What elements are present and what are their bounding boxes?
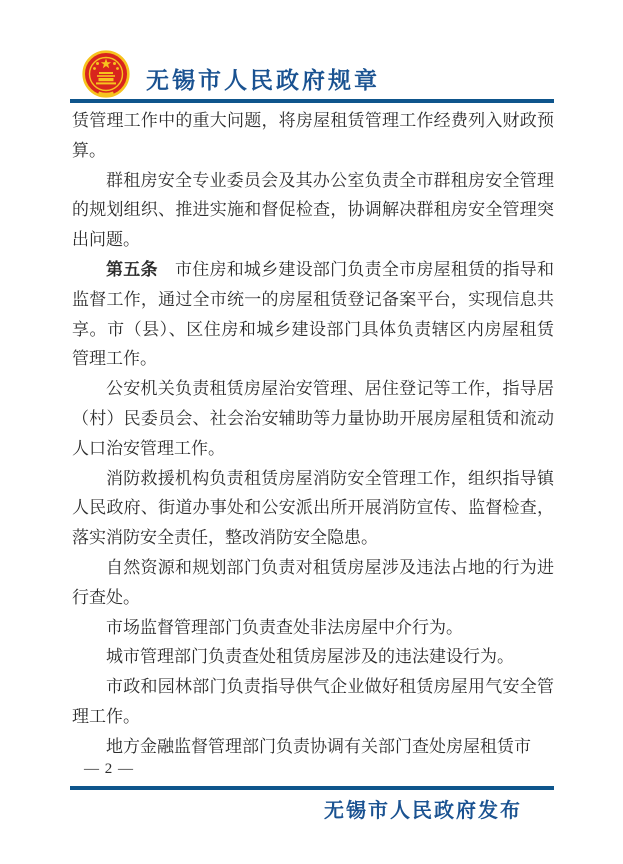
header-title: 无锡市人民政府规章 <box>146 62 380 95</box>
national-emblem-icon <box>82 50 130 100</box>
document-page: 无锡市人民政府规章 赁管理工作中的重大问题，将房屋租赁管理工作经费列入财政预算。… <box>0 0 623 864</box>
paragraph: 消防救援机构负责租赁房屋消防安全管理工作，组织指导镇人民政府、街道办事处和公安派… <box>72 464 554 553</box>
document-body: 赁管理工作中的重大问题，将房屋租赁管理工作经费列入财政预算。 群租房安全专业委员… <box>72 106 554 762</box>
header-divider <box>70 99 554 103</box>
publisher-label: 无锡市人民政府发布 <box>70 794 522 823</box>
paragraph: 自然资源和规划部门负责对租赁房屋涉及违法占地的行为进行查处。 <box>72 553 554 613</box>
paragraph-continuation: 赁管理工作中的重大问题，将房屋租赁管理工作经费列入财政预算。 <box>72 106 554 166</box>
footer-divider <box>70 786 554 790</box>
article-number-label: 第五条 <box>106 260 158 279</box>
paragraph: 市场监督管理部门负责查处非法房屋中介行为。 <box>72 613 554 643</box>
paragraph-article-5: 第五条 市住房和城乡建设部门负责全市房屋租赁的指导和监督工作，通过全市统一的房屋… <box>72 255 554 374</box>
paragraph: 群租房安全专业委员会及其办公室负责全市群租房安全管理的规划组织、推进实施和督促检… <box>72 166 554 255</box>
page-number: — 2 — <box>84 761 134 778</box>
paragraph: 城市管理部门负责查处租赁房屋涉及的违法建设行为。 <box>72 642 554 672</box>
document-header: 无锡市人民政府规章 <box>70 50 554 100</box>
paragraph: 公安机关负责租赁房屋治安管理、居住登记等工作，指导居（村）民委员会、社会治安辅助… <box>72 374 554 463</box>
paragraph: 市政和园林部门负责指导供气企业做好租赁房屋用气安全管理工作。 <box>72 672 554 732</box>
paragraph-truncated: 地方金融监督管理部门负责协调有关部门查处房屋租赁市 <box>72 732 554 762</box>
